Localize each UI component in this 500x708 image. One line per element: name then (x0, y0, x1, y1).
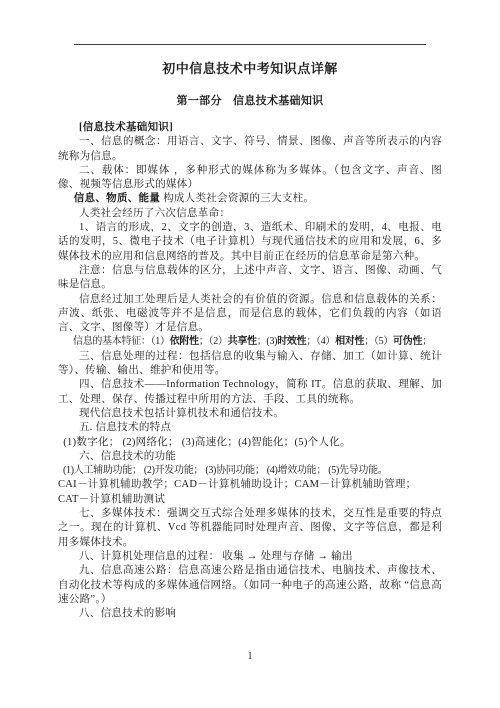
document-title: 初中信息技术中考知识点详解 (0, 58, 500, 77)
paragraph-text: 五. 信息技术的特点 (79, 422, 171, 433)
paragraph-text: 1、语言的形成，2、文字的创造，3、造纸术、印刷术的发明，4、电报、电话的发明，… (58, 222, 442, 262)
paragraph-bold-text: 信息、物质、能量 (74, 193, 160, 204)
paragraph: 九、信息高速公路：信息高速公路是指由通信技术、电脑技术、声像技术、自动化技术等构… (58, 564, 442, 607)
paragraph: 注意：信息与信息载体的区分，上述中声音、文字、语言、图像、动画、气味是信息。 (58, 264, 442, 293)
paragraph-bold-text: 依附性 (170, 336, 199, 347)
paragraph: 一、信息的概念：用语言、文字、符号、情景、图像、声音等所表示的内容统称为信息。 (58, 135, 442, 164)
paragraph: [信息技术基础知识] (58, 121, 442, 135)
paragraph-text: 信息的基本特征：（1） (73, 336, 170, 347)
section-heading: 第一部分 信息技术基础知识 (0, 92, 500, 108)
paragraph-text: CAI－计算机辅助教学；CAD－计算机辅助设计；CAM－计算机辅助管理； (58, 479, 416, 490)
document-body: [信息技术基础知识]一、信息的概念：用语言、文字、符号、情景、图像、声音等所表示… (58, 121, 442, 621)
paragraph: 人类社会经历了六次信息革命： (58, 207, 442, 221)
paragraph-text: ；（4） (306, 336, 335, 347)
paragraph: 信息的基本特征：（1）依附性；（2）共享性；(3)时效性；（4）相对性；（5）可… (58, 335, 442, 349)
paragraph-text: 二、载体：即媒体 ，多种形式的媒体称为多媒体。（包含文字、声音、图像、视频等信息… (58, 165, 442, 190)
paragraph-text: (1)人工辅助功能； (2)开发功能； (3)协同功能； (4)增效功能； (5… (63, 465, 388, 476)
paragraph: (1)数字化； (2)网络化； (3)高速化；(4)智能化；(5)个人化。 (58, 436, 442, 450)
paragraph-text: 构成人类社会资源的三大支柱。 (160, 193, 314, 204)
paragraph: 四、信息技术——Information Technology，简称 IT。信息的… (58, 378, 442, 407)
paragraph: 五. 信息技术的特点 (58, 421, 442, 435)
paragraph-text: ；（5） (364, 336, 393, 347)
header-rule (74, 44, 426, 45)
paragraph-bold-text: 时效性 (277, 336, 306, 347)
paragraph: 八、信息技术的影响 (58, 607, 442, 621)
paragraph-bold-text: [信息技术基础知识] (79, 122, 173, 133)
paragraph: (1)人工辅助功能； (2)开发功能； (3)协同功能； (4)增效功能； (5… (58, 464, 442, 478)
paragraph: CAI－计算机辅助教学；CAD－计算机辅助设计；CAM－计算机辅助管理； (58, 478, 442, 492)
paragraph-text: ； (422, 336, 432, 347)
paragraph-bold-text: 相对性 (335, 336, 364, 347)
paragraph-text: 七、多媒体技术：强调交互式综合处理多媒体的技术，交互性是重要的特点之一。现在的计… (58, 508, 442, 548)
paragraph-bold-text: 共享性 (228, 336, 257, 347)
paragraph-bold-text: 可伪性 (393, 336, 422, 347)
paragraph-text: 现代信息技术包括计算机技术和通信技术。 (79, 408, 284, 419)
paragraph: 1、语言的形成，2、文字的创造，3、造纸术、印刷术的发明，4、电报、电话的发明，… (58, 221, 442, 264)
paragraph: 现代信息技术包括计算机技术和通信技术。 (58, 407, 442, 421)
paragraph-text: 一、信息的概念：用语言、文字、符号、情景、图像、声音等所表示的内容统称为信息。 (58, 136, 442, 161)
paragraph-text: 注意：信息与信息载体的区分，上述中声音、文字、语言、图像、动画、气味是信息。 (58, 265, 442, 290)
paragraph: 信息、物质、能量 构成人类社会资源的三大支柱。 (58, 192, 442, 206)
paragraph: 八、计算机处理信息的过程： 收集 → 处理与存储 → 输出 (58, 550, 442, 564)
paragraph: 信息经过加工处理后是人类社会的有价值的资源。信息和信息载体的关系：声波、纸张、电… (58, 293, 442, 336)
page-number: 1 (0, 651, 500, 662)
paragraph-text: ；(3) (257, 336, 277, 347)
paragraph: 七、多媒体技术：强调交互式综合处理多媒体的技术，交互性是重要的特点之一。现在的计… (58, 507, 442, 550)
paragraph-text: 六、信息技术的功能 (79, 451, 176, 462)
paragraph-text: 九、信息高速公路：信息高速公路是指由通信技术、电脑技术、声像技术、自动化技术等构… (58, 565, 442, 605)
paragraph: 二、载体：即媒体 ，多种形式的媒体称为多媒体。（包含文字、声音、图像、视频等信息… (58, 164, 442, 193)
paragraph-text: (1)数字化； (2)网络化； (3)高速化；(4)智能化；(5)个人化。 (63, 437, 351, 448)
paragraph: CAT－计算机辅助测试 (58, 493, 442, 507)
paragraph: 三、信息处理的过程：包括信息的收集与输入、存储、加工（如计算、统计等）、传输、输… (58, 350, 442, 379)
paragraph-text: 人类社会经历了六次信息革命： (79, 208, 230, 219)
paragraph-text: 八、信息技术的影响 (79, 608, 176, 619)
paragraph-text: 四、信息技术——Information Technology，简称 IT。信息的… (58, 379, 442, 404)
paragraph-text: CAT－计算机辅助测试 (58, 494, 165, 505)
paragraph-text: ；（2） (199, 336, 228, 347)
paragraph: 六、信息技术的功能 (58, 450, 442, 464)
paragraph-text: 信息经过加工处理后是人类社会的有价值的资源。信息和信息载体的关系：声波、纸张、电… (58, 294, 442, 334)
document-page: 初中信息技术中考知识点详解 第一部分 信息技术基础知识 [信息技术基础知识]一、… (0, 0, 500, 708)
paragraph-text: 八、计算机处理信息的过程： 收集 → 处理与存储 → 输出 (79, 551, 353, 562)
paragraph-text: 三、信息处理的过程：包括信息的收集与输入、存储、加工（如计算、统计等）、传输、输… (58, 351, 442, 376)
